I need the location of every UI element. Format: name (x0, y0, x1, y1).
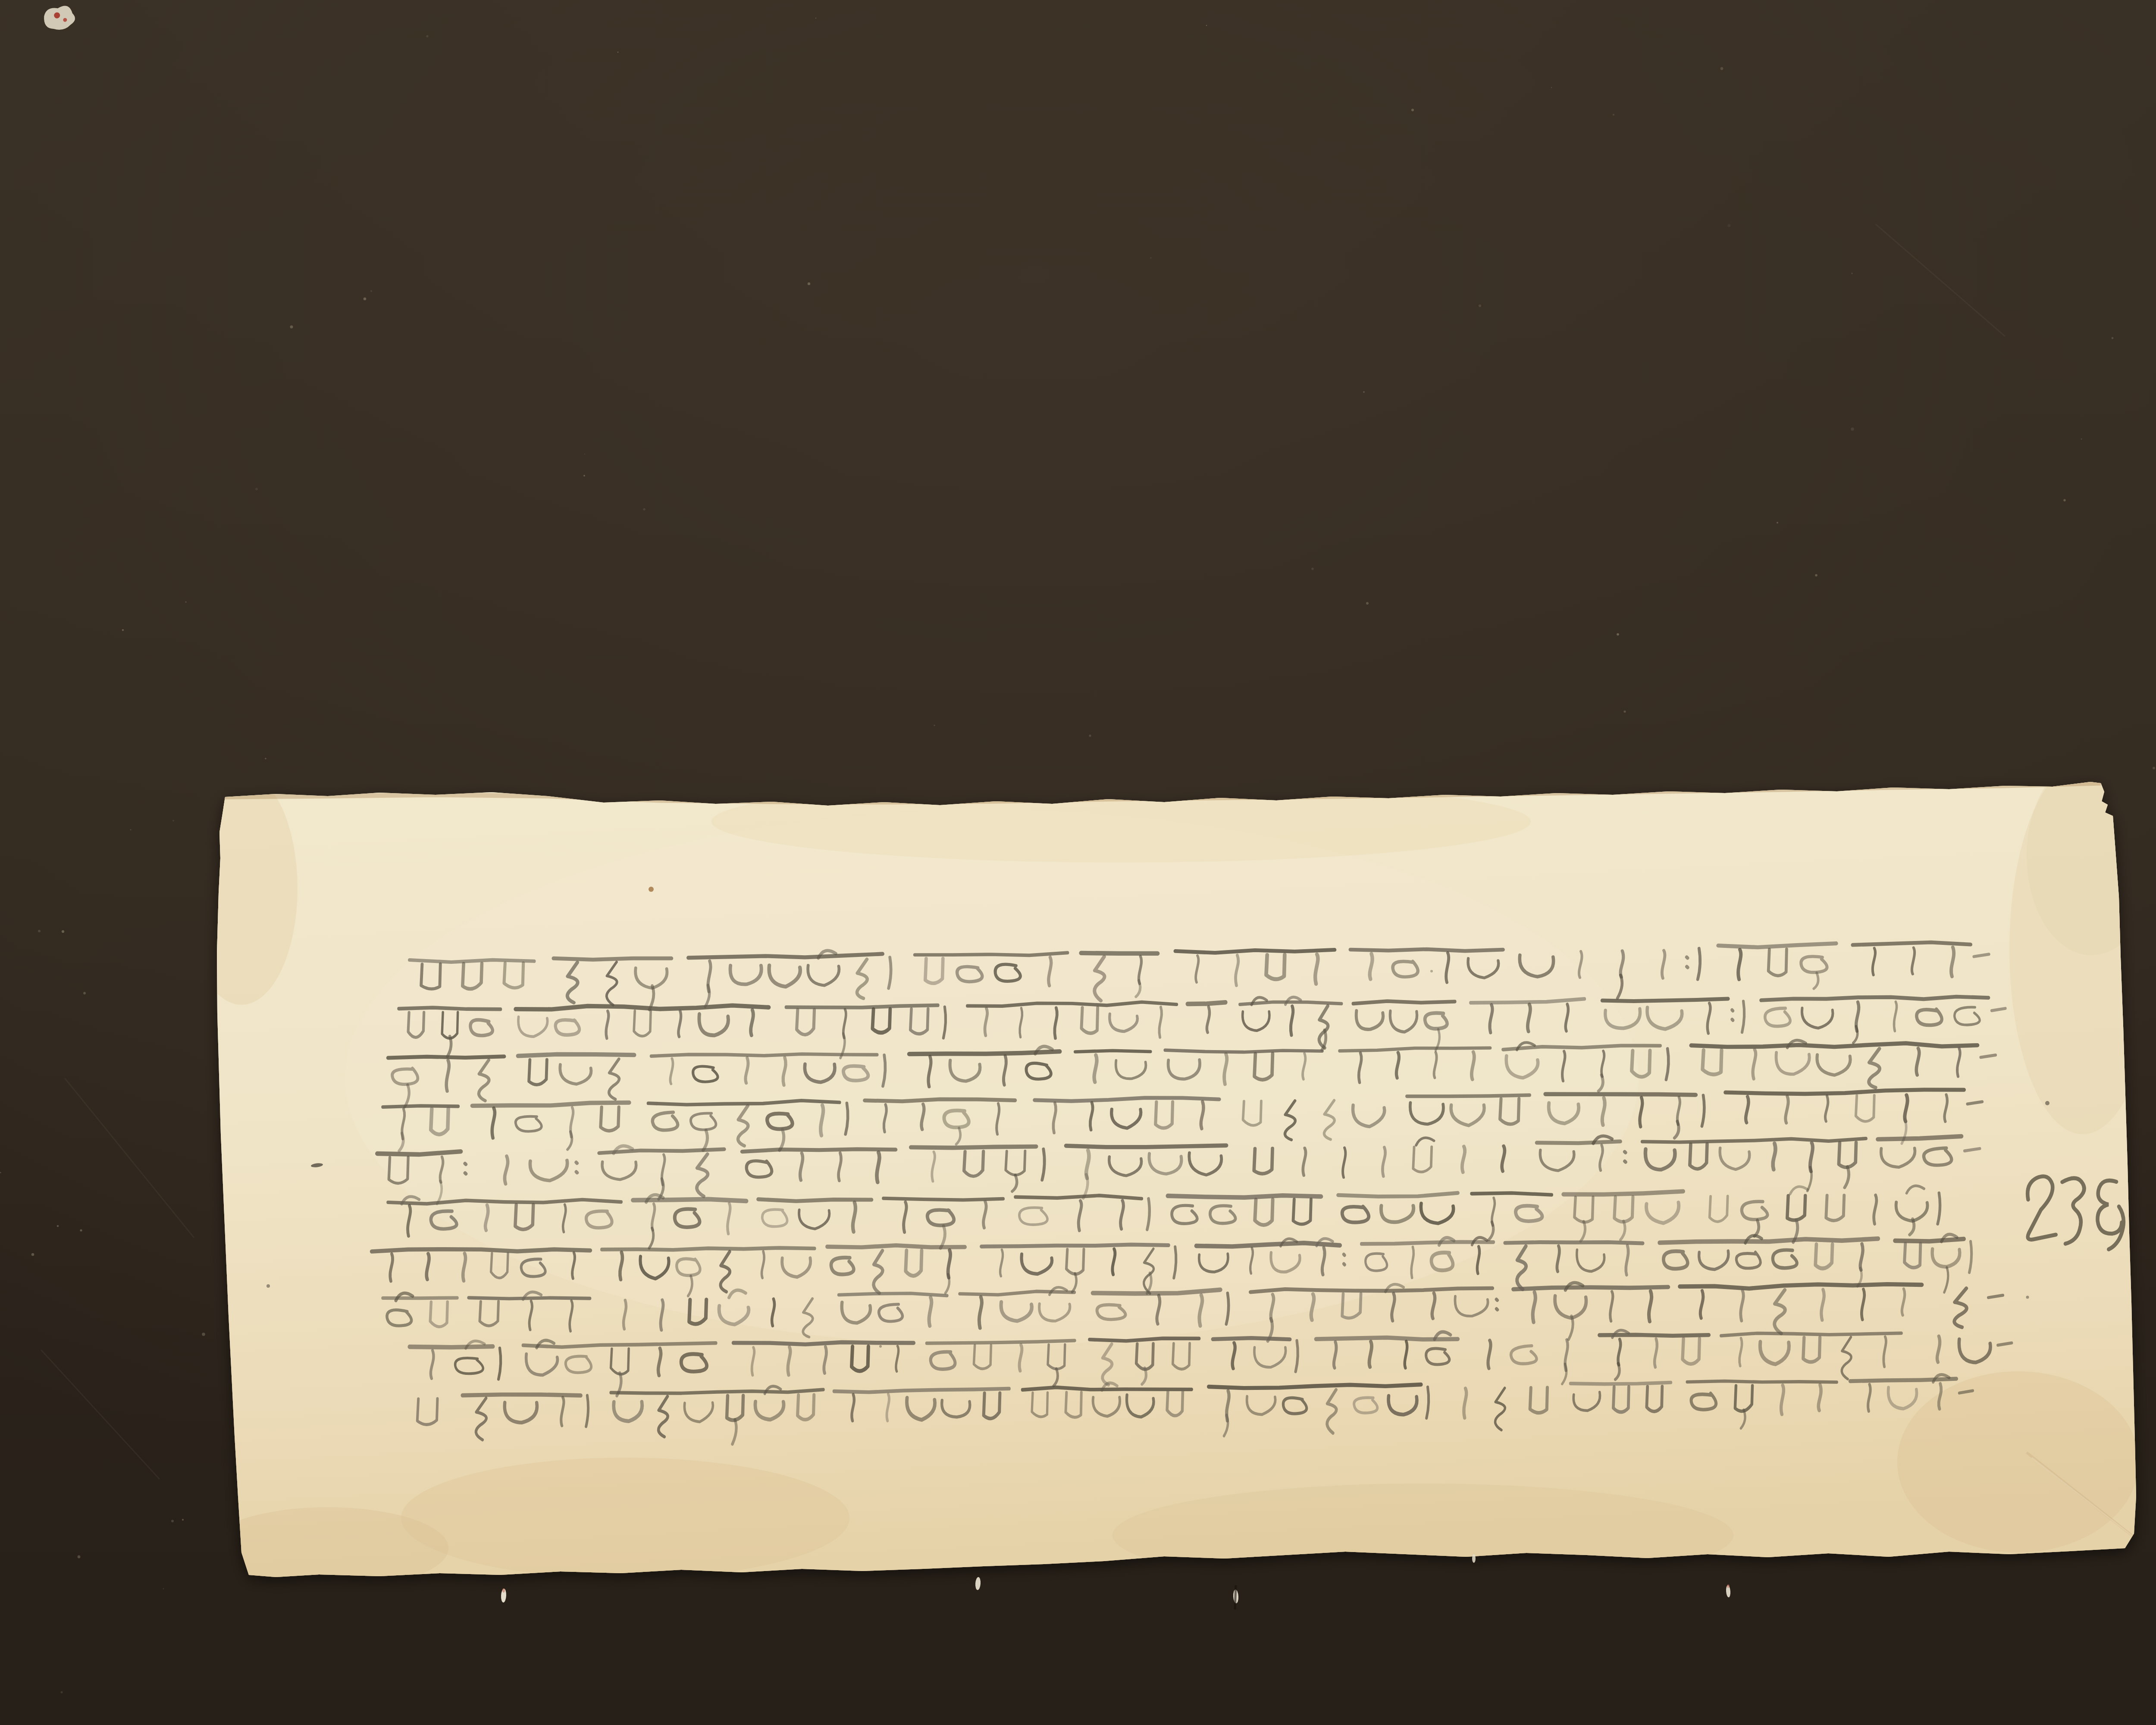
photograph: নিন্যে যোজনং ধরনীপতে। সমাগতং রথং বীক্ষ্য… (0, 0, 2156, 1725)
